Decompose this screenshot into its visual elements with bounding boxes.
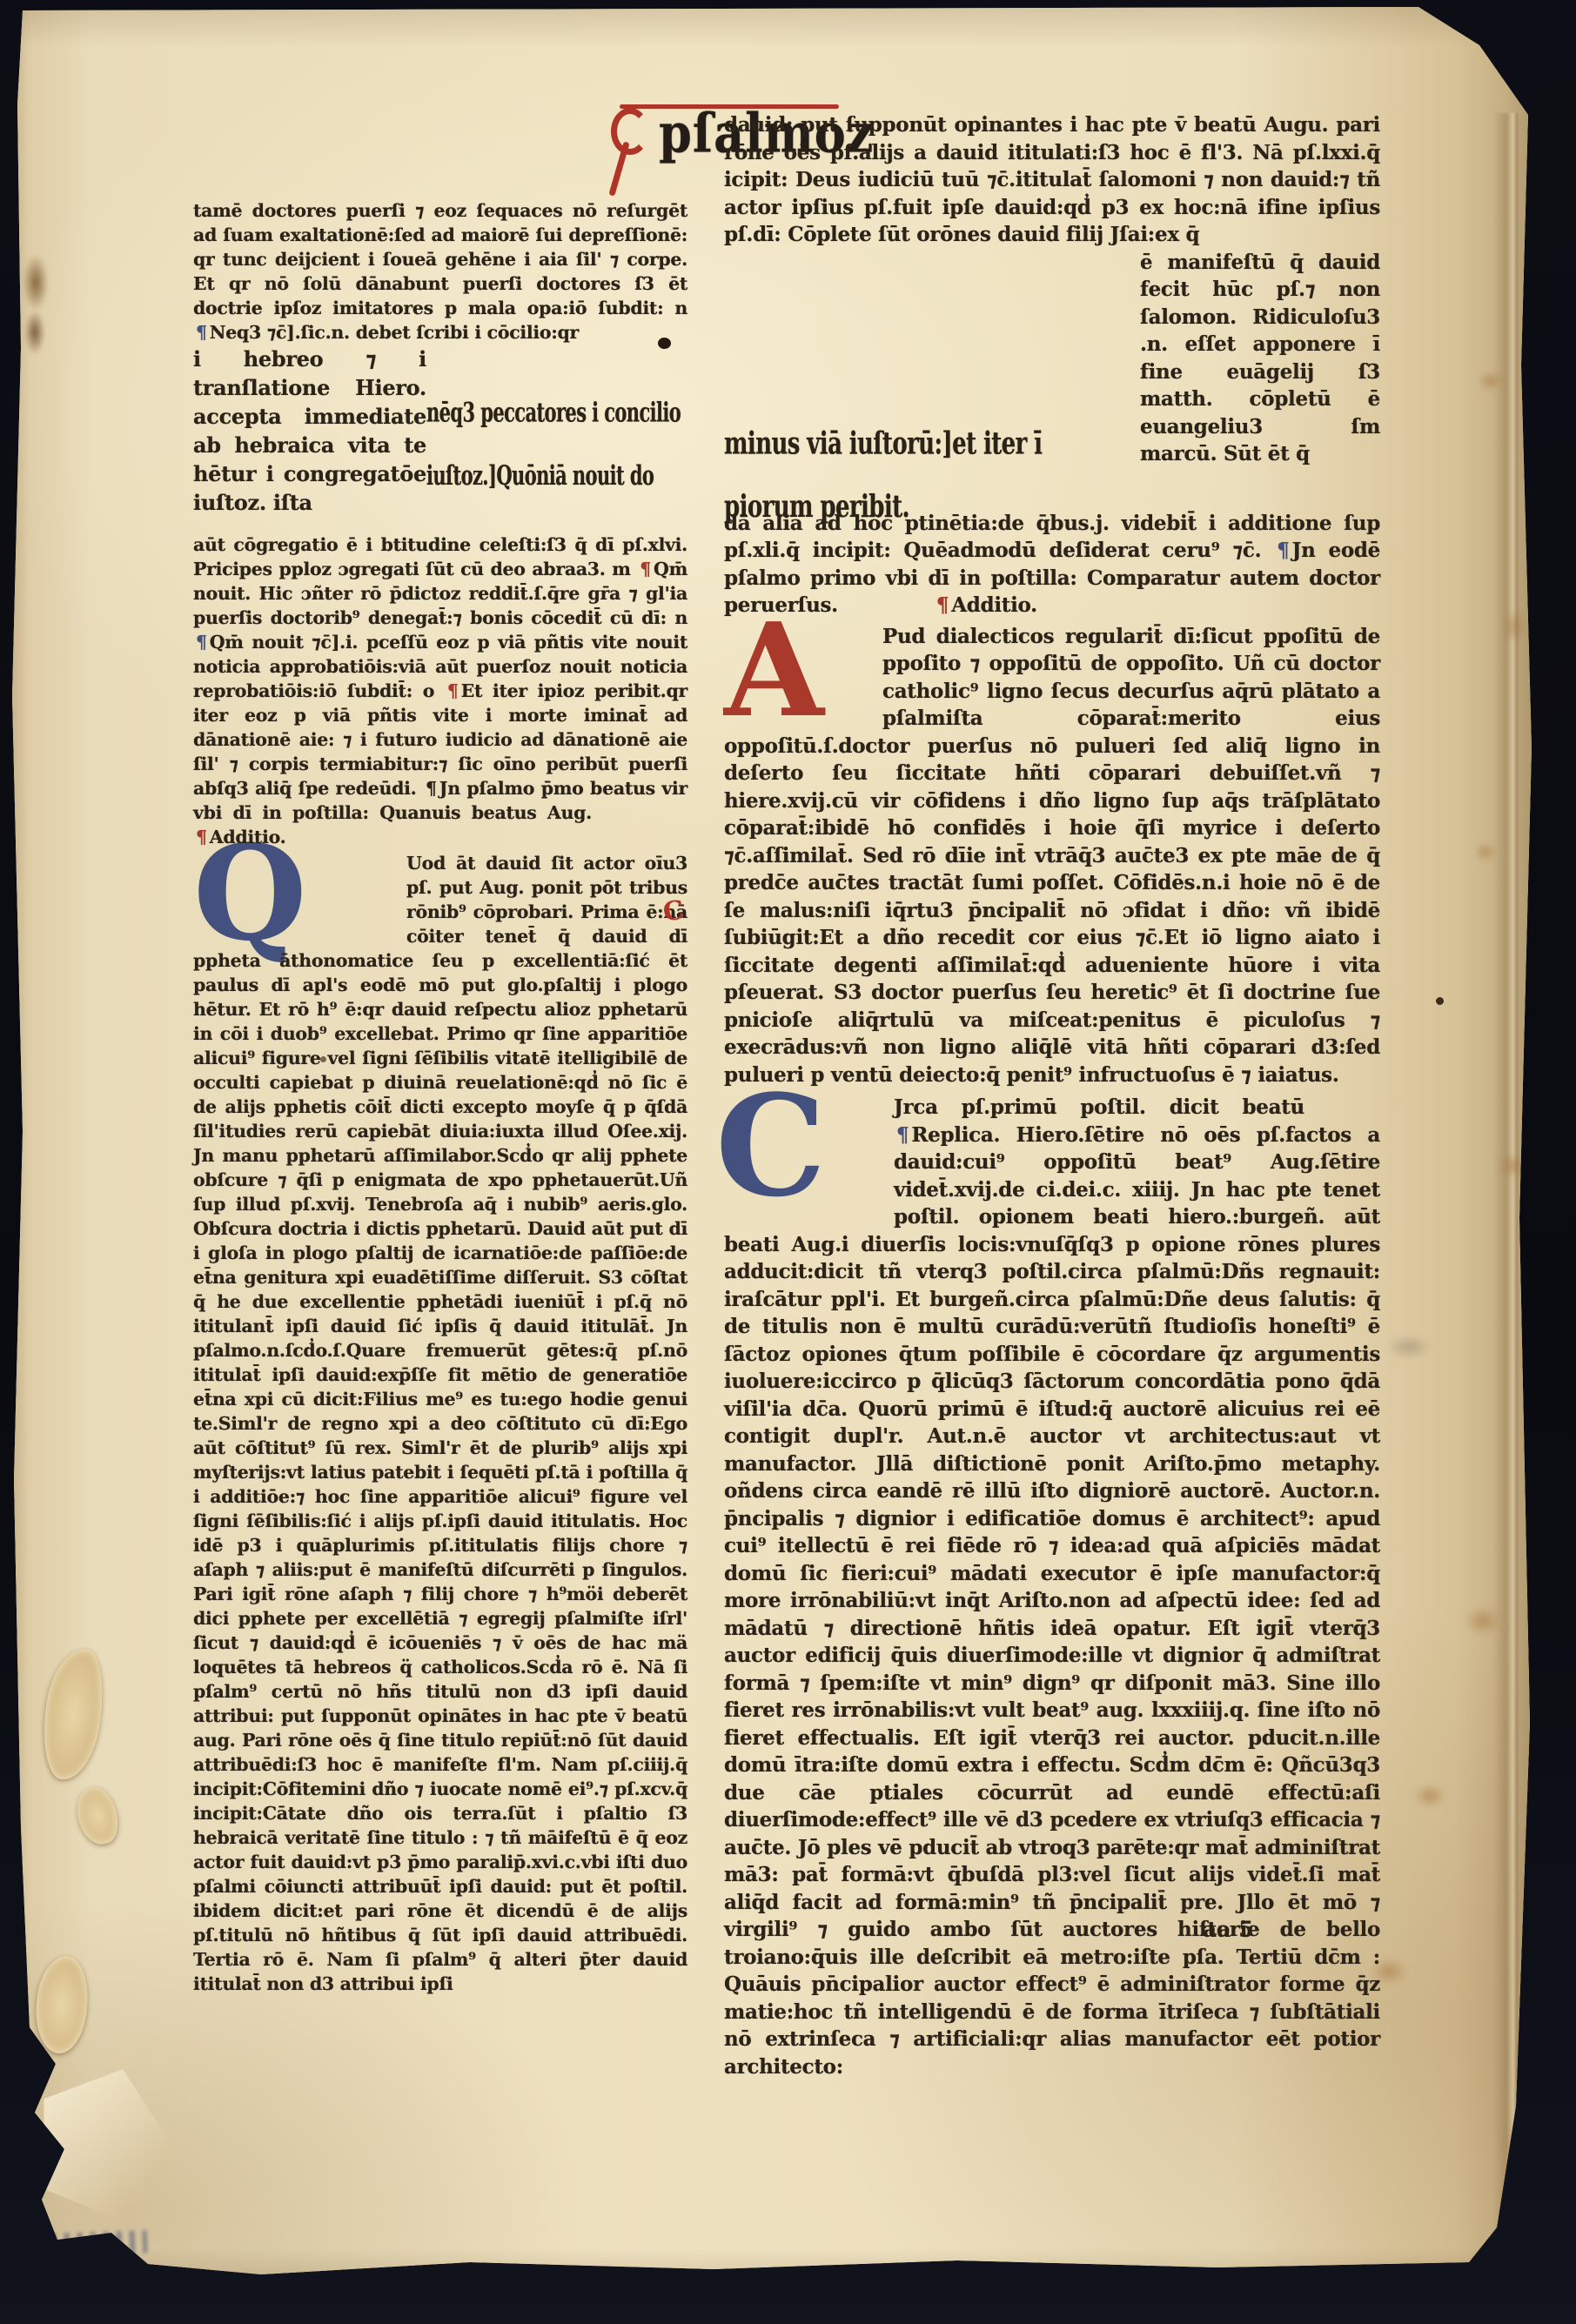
- book-page: pſalmoz tamē doctores puerſi ⁊ eoz ſequa…: [0, 0, 1542, 2304]
- psalm-lemma-text: minus viā iuſtorū:]et iter ī piorum peri…: [724, 412, 1131, 539]
- psalm-lemma-left: nēq3 peccatores i concilio iuſtoz.]Quōni…: [426, 345, 687, 494]
- lemma-wrap-left: nēq3 peccatores i concilio iuſtoz.]Quōni…: [193, 345, 687, 517]
- red-pilcrow-icon: ¶: [934, 593, 951, 617]
- red-pilcrow-icon: ¶: [193, 827, 210, 847]
- replica-heading: Replica.: [911, 1123, 1016, 1147]
- lemma-wrap-right: minus viā iuſtorū:]et iter ī piorum peri…: [724, 249, 1380, 468]
- rubric-c-curve: [611, 108, 649, 155]
- right-paragraph-top: dauid: put ſupponūt opinantes i hac pte …: [724, 111, 1380, 249]
- paper-tear: [44, 2069, 176, 2219]
- additio-heading: Additio.: [210, 827, 286, 847]
- text-run: tamē doctores puerſi ⁊ eoz ſequaces nō r…: [193, 200, 687, 318]
- left-column: tamē doctores puerſi ⁊ eoz ſequaces nō r…: [193, 198, 687, 1996]
- additio-heading: Additio.: [951, 593, 1037, 617]
- quire-signature: aa 5: [1203, 1917, 1254, 1942]
- initial-Q-blue: Q: [193, 851, 406, 926]
- red-pilcrow-icon: ¶: [445, 680, 461, 701]
- lemma-line: minus viā iuſtorū:]et iter ī: [724, 426, 1042, 462]
- text-run: Jrca pſ.primū poſtil. dicit beatū: [894, 1095, 1328, 1119]
- lemma-line: piorum peribit.: [724, 490, 909, 526]
- psalm-lemma-text: nēq3 peccatores i concilio iuſtoz.]Quōni…: [426, 381, 687, 507]
- text-run: aūt cōgregatio ē i btitudine celeſti:ſ3 …: [193, 534, 687, 579]
- left-additio-block: QUod āt dauid ſit actor oīu3 pſ. put Aug…: [193, 851, 687, 1996]
- text-run: Neq3 ⁊c̄].ſic.n. debet ſcribi i cōcilio:…: [210, 322, 579, 343]
- text-run: Uod āt dauid ſit actor oīu3 pſ. put Aug.…: [193, 853, 687, 1994]
- right-column: dauid: put ſupponūt opinantes i hac pte …: [724, 111, 1380, 2080]
- ink-stain: [23, 254, 49, 311]
- blue-pilcrow-icon: ¶: [193, 632, 210, 653]
- initial-A-red: A: [724, 623, 882, 707]
- rubric-paraph-icon: [609, 101, 651, 153]
- initial-C-blue: C: [715, 1094, 894, 1205]
- text-run: Hiero.ſētire nō oēs pſ.factos a dauid:cu…: [724, 1123, 1380, 2079]
- ink-speck: [1436, 997, 1444, 1005]
- ink-stain: [24, 310, 45, 355]
- page-curl-shadow: [1493, 113, 1518, 2260]
- scan-background: pſalmoz tamē doctores puerſi ⁊ eoz ſequa…: [0, 0, 1576, 2324]
- left-paragraph-top: tamē doctores puerſi ⁊ eoz ſequaces nō r…: [193, 198, 687, 345]
- foxing-spot: [1413, 1784, 1446, 1808]
- lemma-line: iuſtoz.]Quōniā nouit do: [426, 459, 654, 491]
- red-pilcrow-icon: ¶: [637, 559, 654, 579]
- right-replica-block: CJrca pſ.primū poſtil. dicit beatū ¶Repl…: [724, 1094, 1380, 2080]
- wax-drip: [72, 1784, 124, 1849]
- left-paragraph-mid: aūt cōgregatio ē i btitudine celeſti:ſ3 …: [193, 532, 687, 849]
- psalm-lemma-right: minus viā iuſtorū:]et iter ī piorum peri…: [724, 249, 1131, 510]
- wax-drip: [37, 1644, 111, 1783]
- blue-pilcrow-icon: ¶: [1274, 539, 1291, 562]
- smudge: [1385, 1335, 1432, 1359]
- right-additio-block: APud dialecticos regularit̄ dī:ſicut ppo…: [724, 623, 1380, 1089]
- blue-pilcrow-icon: ¶: [894, 1123, 911, 1147]
- faded-inscription: [12, 2230, 148, 2257]
- red-paraph-icon: C: [661, 895, 687, 928]
- lemma-line: nēq3 peccatores i concilio: [426, 396, 681, 427]
- wax-drip: [33, 1954, 91, 2055]
- ink-pilcrow-icon: ¶: [423, 778, 439, 799]
- blue-pilcrow-icon: ¶: [193, 322, 210, 343]
